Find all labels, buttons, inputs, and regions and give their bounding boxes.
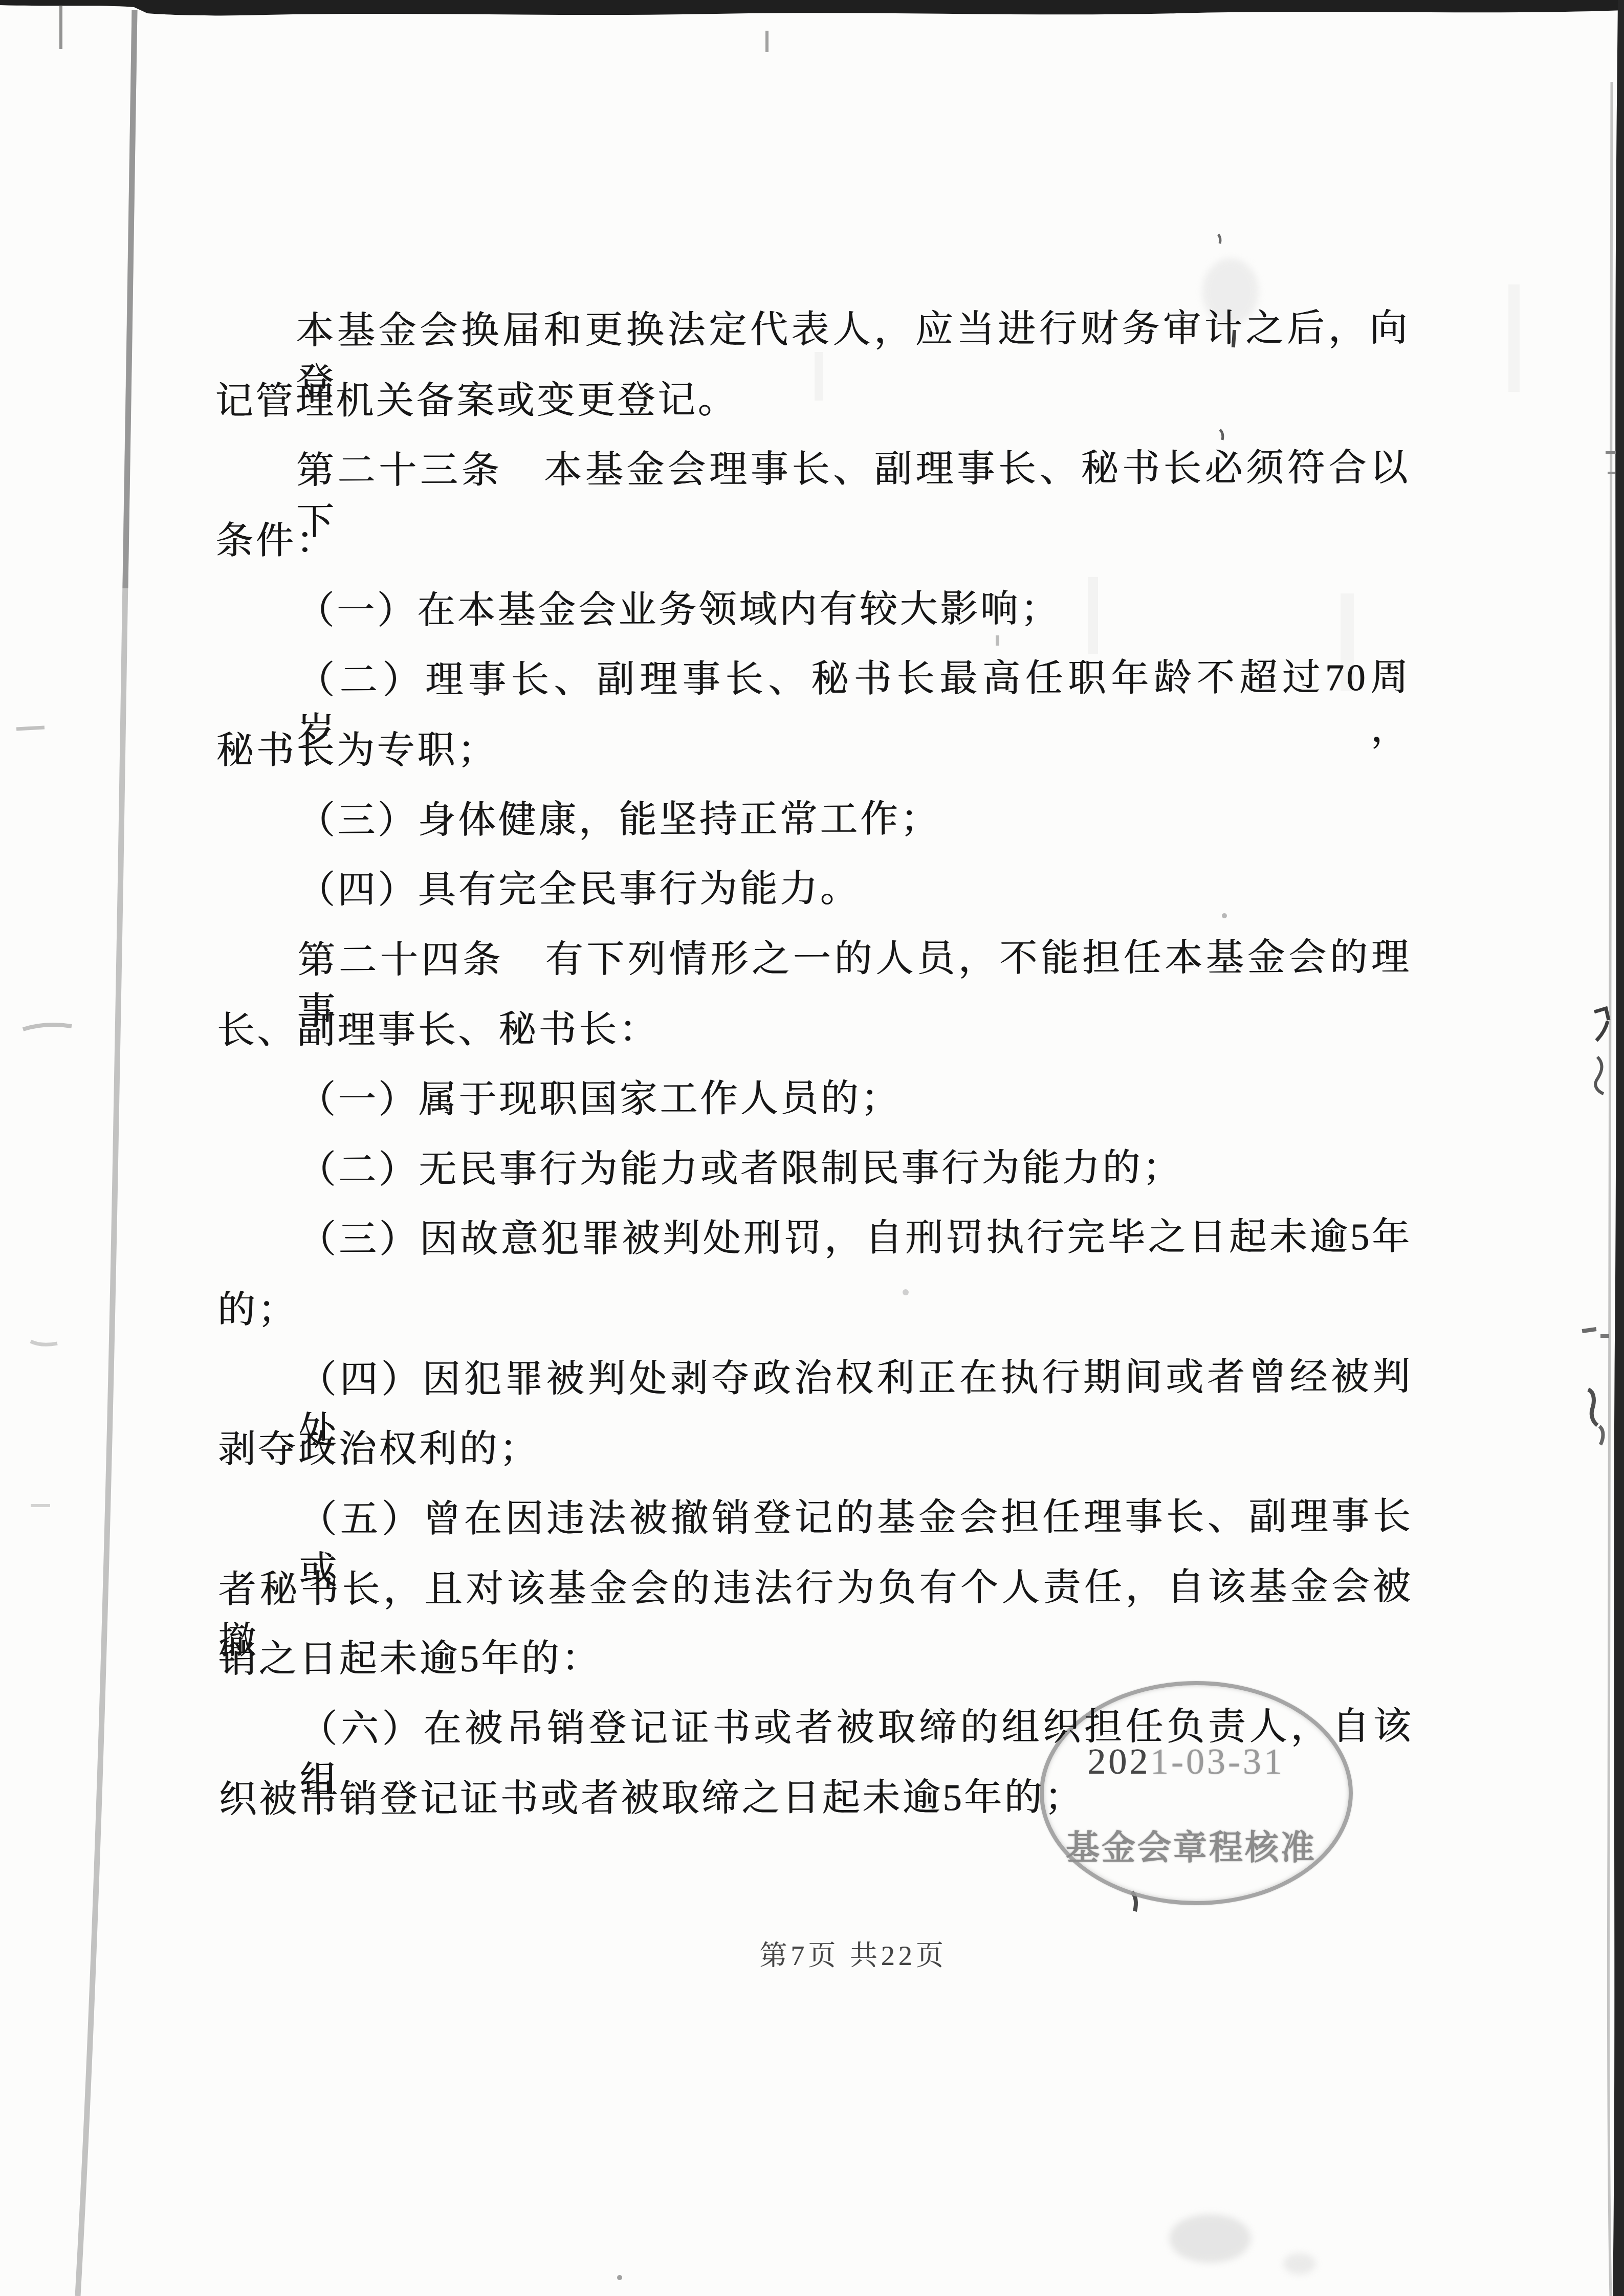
text-line: 织被吊销登记证书或者被取缔之日起未逾5年的； [219, 1771, 1414, 1825]
text-line: 记管理机关备案或变更登记。 [215, 373, 1410, 427]
text-line: （四）因犯罪被判处剥夺政治权利正在执行期间或者曾经被判处 [217, 1352, 1412, 1406]
text-line: （五）曾在因违法被撤销登记的基金会担任理事长、副理事长或 [218, 1491, 1413, 1546]
text-line: （三）身体健康，能坚持正常工作； [216, 792, 1411, 847]
text-line: 销之日起未逾5年的： [218, 1631, 1413, 1685]
text-line: 剥夺政治权利的； [218, 1421, 1413, 1475]
text-line: （二）无民事行为能力或者限制民事行为能力的； [217, 1142, 1412, 1196]
text-line: （一）在本基金会业务领域内有较大影响； [215, 583, 1410, 637]
text-line: （三）因故意犯罪被判处刑罚，自刑罚执行完毕之日起未逾5年 [217, 1211, 1412, 1266]
scanned-page: 2021-03-31 基金会章程核准 本基金会换届和更换法定代表人，应当进行财务… [0, 0, 1624, 2296]
text-line: 的； [217, 1282, 1412, 1336]
text-line: 条件： [215, 513, 1410, 567]
text-line: （二）理事长、副理事长、秘书长最高任职年龄不超过70周岁， [216, 652, 1411, 707]
text-line: 长、副理事长、秘书长： [217, 1002, 1412, 1056]
page-footer: 第7页 共22页 [256, 1938, 1451, 1974]
text-line: （六）在被吊销登记证书或者被取缔的组织担任负责人，自该组 [218, 1701, 1413, 1755]
text-line: 第二十三条 本基金会理事长、副理事长、秘书长必须符合以下 [215, 443, 1410, 497]
text-line: 第二十四条 有下列情形之一的人员，不能担任本基金会的理事 [216, 932, 1411, 986]
text-line: （四）具有完全民事行为能力。 [216, 862, 1411, 916]
text-line: 者秘书长，且对该基金会的违法行为负有个人责任，自该基金会被撤 [218, 1561, 1413, 1616]
text-line: （一）属于现职国家工作人员的； [217, 1072, 1412, 1126]
text-line: 本基金会换届和更换法定代表人，应当进行财务审计之后，向登 [215, 303, 1410, 357]
text-line: 秘书长为专职； [216, 722, 1411, 777]
